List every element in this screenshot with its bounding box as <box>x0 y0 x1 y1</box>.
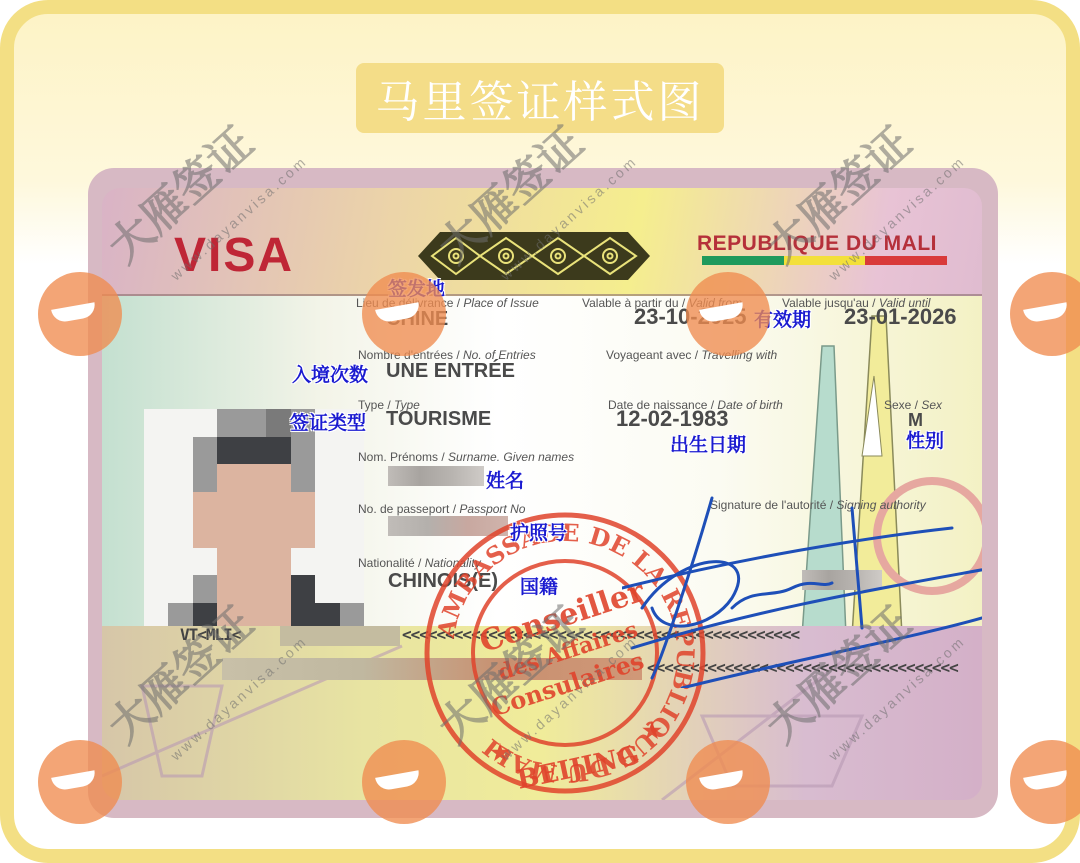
brand-logo-icon <box>686 272 770 356</box>
entries-value: UNE ENTRÉE <box>386 360 515 383</box>
annotation-date-of-birth: 出生日期 <box>670 430 746 457</box>
mali-flag-bar <box>702 256 947 265</box>
annotation-sex: 性别 <box>906 426 944 453</box>
date-of-birth-value: 12-02-1983 <box>616 406 729 432</box>
valid-until-value: 23-01-2026 <box>844 304 957 330</box>
name-redacted <box>388 466 484 486</box>
brand-logo-icon <box>362 740 446 824</box>
brand-logo-icon <box>362 272 446 356</box>
svg-text:★: ★ <box>642 718 662 744</box>
stamp-city: BEIJING <box>514 741 642 796</box>
annotation-passport-no: 护照号 <box>510 518 567 545</box>
brand-logo-icon <box>38 272 122 356</box>
flag-red <box>865 256 947 265</box>
brand-logo-icon <box>38 740 122 824</box>
type-value: TOURISME <box>386 408 491 431</box>
brand-logo-icon <box>686 740 770 824</box>
name-label: Nom. Prénoms / Surname. Given names <box>358 450 574 464</box>
travelling-with-label: Voyageant avec / Travelling with <box>606 348 777 362</box>
flag-green <box>702 256 784 265</box>
annotation-name: 姓名 <box>486 466 524 493</box>
annotation-entries: 入境次数 <box>292 360 368 387</box>
annotation-visa-type: 签证类型 <box>290 408 366 435</box>
